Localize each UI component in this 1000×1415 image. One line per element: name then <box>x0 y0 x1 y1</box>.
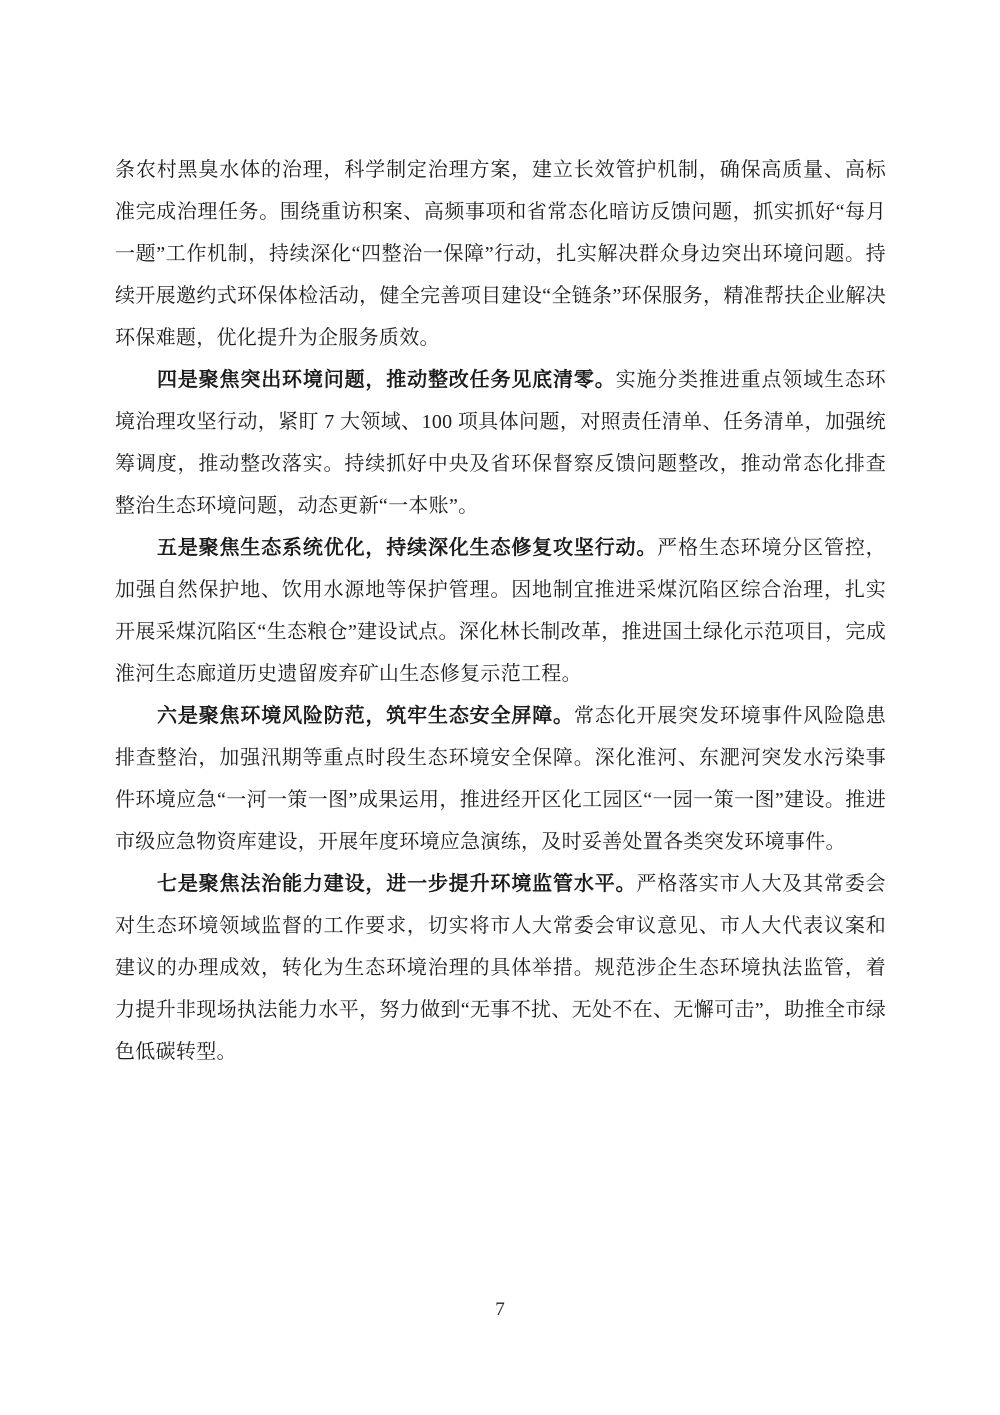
paragraph-text: 条农村黑臭水体的治理，科学制定治理方案，建立长效管护机制，确保高质量、高标准完成… <box>115 159 886 349</box>
paragraph-item-5: 五是聚焦生态系统优化，持续深化生态修复攻坚行动。严格生态环境分区管控，加强自然保… <box>115 527 886 695</box>
paragraph-lead-bold: 五是聚焦生态系统优化，持续深化生态修复攻坚行动。 <box>157 537 657 559</box>
page-number: 7 <box>0 1296 1000 1324</box>
paragraph-item-6: 六是聚焦环境风险防范，筑牢生态安全屏障。常态化开展突发环境事件风险隐患排查整治，… <box>115 695 886 863</box>
document-body: 条农村黑臭水体的治理，科学制定治理方案，建立长效管护机制，确保高质量、高标准完成… <box>115 149 886 1073</box>
paragraph-lead-bold: 七是聚焦法治能力建设，进一步提升环境监管水平。 <box>157 873 636 895</box>
paragraph-text: 实施分类推进重点领域生态环境治理攻坚行动，紧盯 7 大领域、100 项具体问题，… <box>115 369 886 517</box>
paragraph-item-7: 七是聚焦法治能力建设，进一步提升环境监管水平。严格落实市人大及其常委会对生态环境… <box>115 863 886 1073</box>
paragraph-text: 严格生态环境分区管控，加强自然保护地、饮用水源地等保护管理。因地制宜推进采煤沉陷… <box>115 537 886 685</box>
paragraph-item-4: 四是聚焦突出环境问题，推动整改任务见底清零。实施分类推进重点领域生态环境治理攻坚… <box>115 359 886 527</box>
document-page: 条农村黑臭水体的治理，科学制定治理方案，建立长效管护机制，确保高质量、高标准完成… <box>0 0 1000 1415</box>
paragraph-lead-bold: 六是聚焦环境风险防范，筑牢生态安全屏障。 <box>157 705 574 727</box>
paragraph-text: 常态化开展突发环境事件风险隐患排查整治，加强汛期等重点时段生态环境安全保障。深化… <box>115 705 886 853</box>
paragraph-text: 严格落实市人大及其常委会对生态环境领域监督的工作要求，切实将市人大常委会审议意见… <box>115 873 886 1063</box>
paragraph-continuation: 条农村黑臭水体的治理，科学制定治理方案，建立长效管护机制，确保高质量、高标准完成… <box>115 149 886 359</box>
paragraph-lead-bold: 四是聚焦突出环境问题，推动整改任务见底清零。 <box>157 369 616 391</box>
